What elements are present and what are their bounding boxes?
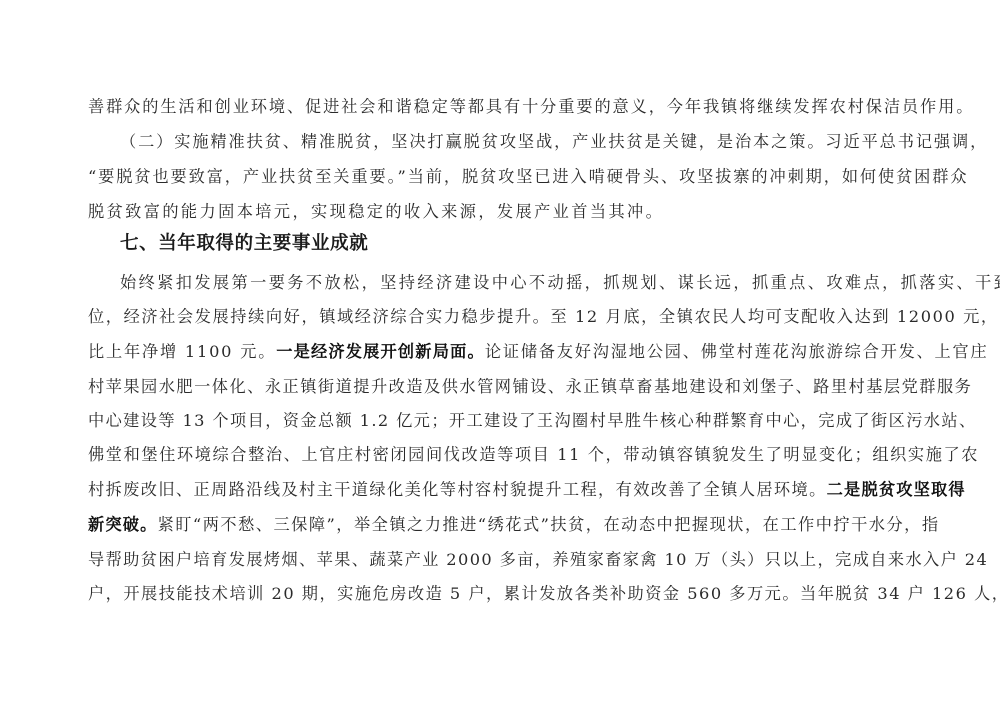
paragraph-line: 导帮助贫困户培育发展烤烟、苹果、蔬菜产业 2000 多亩，养殖家畜家禽 10 万…: [88, 550, 913, 570]
paragraph-line: （二）实施精准扶贫、精准脱贫，坚决打赢脱贫攻坚战，产业扶贫是关键，是治本之策。习…: [120, 132, 913, 152]
section-heading: 七、当年取得的主要事业成就: [120, 233, 368, 255]
highlight-text: 二是脱贫攻坚取得: [827, 480, 966, 499]
highlight-text: 新突破。: [88, 515, 158, 534]
document-page: 善群众的生活和创业环境、促进社会和谐稳定等都具有十分重要的意义，今年我镇将继续发…: [0, 0, 1000, 706]
paragraph-line: 比上年净增 1100 元。一是经济发展开创新局面。论证储备友好沟湿地公园、佛堂村…: [88, 342, 913, 362]
highlight-text: 一是经济发展开创新局面。: [276, 342, 485, 361]
paragraph-line: 脱贫致富的能力固本培元，实现稳定的收入来源，发展产业首当其冲。: [88, 202, 913, 222]
paragraph-line: 户，开展技能技术培训 20 期，实施危房改造 5 户，累计发放各类补助资金 56…: [88, 584, 913, 604]
body-text: 论证储备友好沟湿地公园、佛堂村莲花沟旅游综合开发、上官庄: [485, 342, 989, 361]
paragraph-line: 始终紧扣发展第一要务不放松，坚持经济建设中心不动摇，抓规划、谋长远，抓重点、攻难…: [120, 273, 913, 293]
paragraph-line: 新突破。紧盯“两不愁、三保障”，举全镇之力推进“绣花式”扶贫，在动态中把握现状，…: [88, 515, 913, 535]
paragraph-line: 佛堂和堡住环境综合整治、上官庄村密闭园间伐改造等项目 11 个，带动镇容镇貌发生…: [88, 445, 913, 465]
body-text: 比上年净增 1100 元。: [88, 342, 276, 361]
paragraph-line: 中心建设等 13 个项目，资金总额 1.2 亿元；开工建设了王沟圈村早胜牛核心种…: [88, 411, 913, 431]
paragraph-line: 村拆废改旧、正周路沿线及村主干道绿化美化等村容村貌提升工程，有效改善了全镇人居环…: [88, 480, 913, 500]
body-text: 紧盯“两不愁、三保障”，举全镇之力推进“绣花式”扶贫，在动态中把握现状，在工作中…: [158, 515, 940, 534]
paragraph-line: 善群众的生活和创业环境、促进社会和谐稳定等都具有十分重要的意义，今年我镇将继续发…: [88, 97, 913, 117]
paragraph-line: 村苹果园水肥一体化、永正镇街道提升改造及供水管网铺设、永正镇草畜基地建设和刘堡子…: [88, 377, 913, 397]
body-text: 村拆废改旧、正周路沿线及村主干道绿化美化等村容村貌提升工程，有效改善了全镇人居环…: [88, 480, 827, 499]
paragraph-line: “要脱贫也要致富，产业扶贫至关重要。”当前，脱贫攻坚已进入啃硬骨头、攻坚拔寨的冲…: [88, 167, 913, 187]
paragraph-line: 位，经济社会发展持续向好，镇域经济综合实力稳步提升。至 12 月底，全镇农民人均…: [88, 307, 913, 327]
